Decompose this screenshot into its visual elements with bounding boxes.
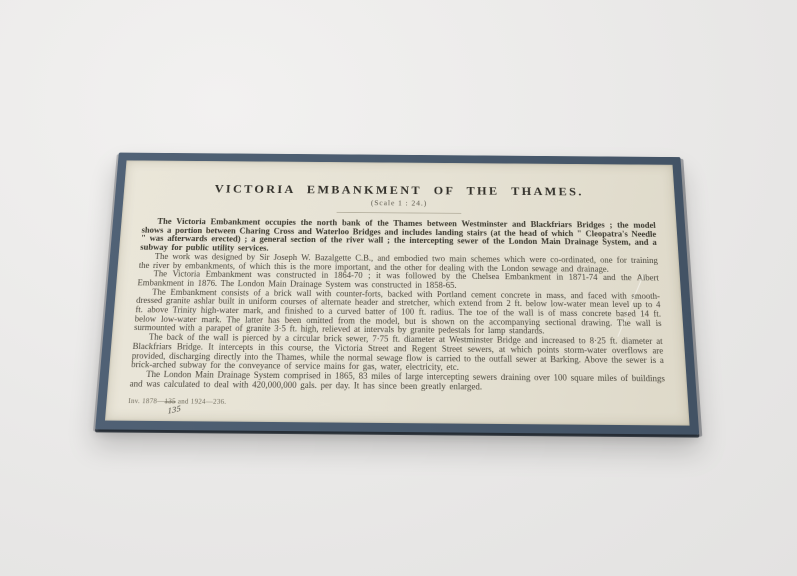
paragraph-wall-construction: The Embankment consists of a brick wall … — [134, 288, 663, 338]
framed-label: VICTORIA EMBANKMENT OF THE THAMES. (Scal… — [95, 153, 699, 435]
inventory-suffix: and 1924—236. — [176, 398, 227, 406]
paragraph-overview: The Victoria Embankment occupies the nor… — [140, 217, 658, 256]
scale-note: (Scale 1 : 24.) — [144, 197, 655, 209]
inventory-prefix: Inv. 1878— — [128, 398, 165, 406]
inventory-number-line: Inv. 1878—135 and 1924—236. 135 — [128, 398, 667, 410]
label-paper: VICTORIA EMBANKMENT OF THE THAMES. (Scal… — [105, 160, 690, 425]
divider-rule — [337, 212, 462, 214]
label-body: The Victoria Embankment occupies the nor… — [129, 217, 665, 393]
picture-frame: VICTORIA EMBANKMENT OF THE THAMES. (Scal… — [95, 153, 699, 435]
photo-background: VICTORIA EMBANKMENT OF THE THAMES. (Scal… — [0, 0, 797, 576]
handwritten-inventory-correction: 135 — [167, 403, 181, 416]
paragraph-sewer: The back of the wall is pierced by a cir… — [131, 333, 665, 375]
paragraph-drainage-system: The London Main Drainage System comprise… — [129, 370, 665, 393]
